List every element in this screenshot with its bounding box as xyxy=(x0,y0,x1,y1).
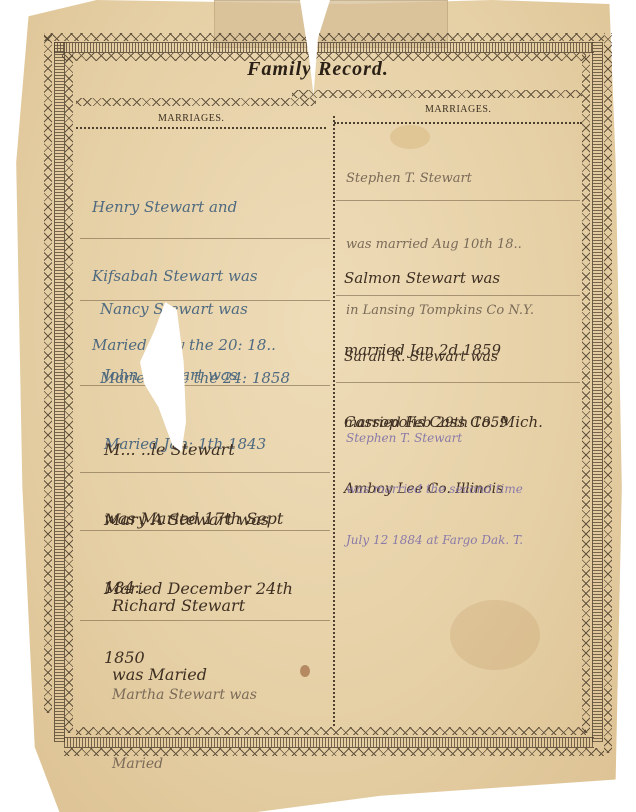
entry-line: Salmon Stewart was xyxy=(344,266,543,290)
marriage-entry: Stephen T. Stewart was married the secon… xyxy=(346,396,523,566)
entry-line: was married the second time xyxy=(346,481,523,498)
entry-line: John Stewart was xyxy=(104,364,266,387)
entry-line: Mary A Stewart was xyxy=(104,508,293,531)
entry-line: Sarah R. Stewart was xyxy=(344,346,508,368)
right-column-header: MARRIAGES. xyxy=(425,104,491,115)
frame-border-top xyxy=(44,33,604,41)
frame-border-top-stripe xyxy=(54,42,594,53)
entry-line: Stephen T. Stewart xyxy=(346,430,523,447)
left-column-header: MARRIAGES. xyxy=(158,113,224,124)
entry-line: Richard Stewart xyxy=(112,594,245,617)
entry-line: Martha Stewart was xyxy=(112,684,257,707)
frame-border-left xyxy=(44,33,52,713)
stain xyxy=(300,665,310,677)
entry-line: M... ..le Stewart xyxy=(104,438,283,461)
frame-border-right-inner xyxy=(582,53,590,733)
entry-line: July 12 1884 at Fargo Dak. T. xyxy=(346,532,523,549)
marriage-entry: Martha Stewart was Maried xyxy=(112,638,257,799)
frame-border-left-stripe xyxy=(54,42,65,742)
column-divider xyxy=(333,116,335,726)
entry-line: Stephen T. Stewart xyxy=(346,168,534,190)
frame-border-left-inner xyxy=(65,53,73,733)
stain xyxy=(450,600,540,670)
page-title: Family Record. xyxy=(0,58,636,81)
left-header-rule xyxy=(76,127,326,129)
frame-border-right-stripe xyxy=(592,42,603,742)
entry-line: Henry Stewart and xyxy=(92,196,276,219)
frame-border-right xyxy=(604,33,612,753)
left-header-border xyxy=(76,98,316,106)
entry-line: Maried xyxy=(112,753,257,776)
right-header-border xyxy=(292,90,582,98)
